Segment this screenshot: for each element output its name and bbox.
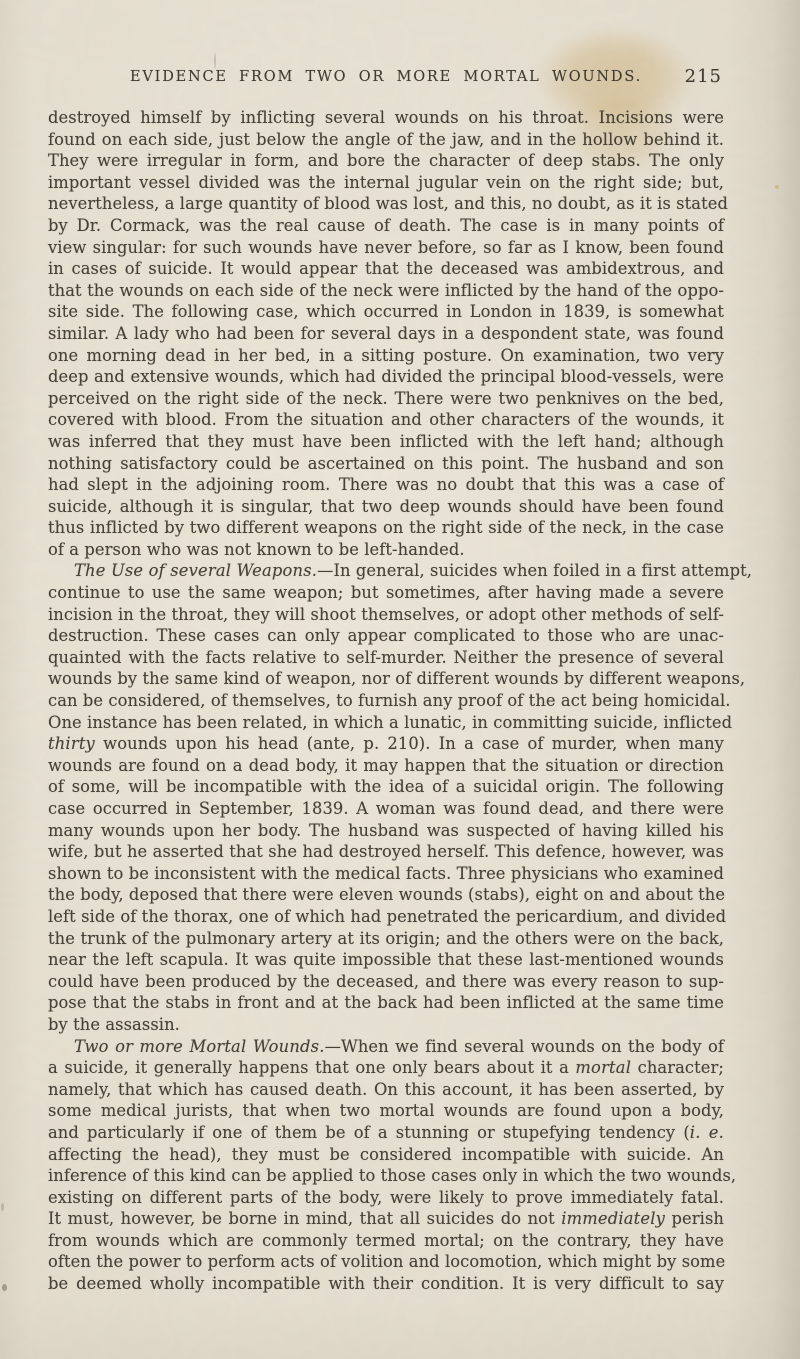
text-line: some medical jurists, that when two mort… [48,1100,724,1122]
text-line: destroyed himself by inflicting several … [48,107,724,129]
text-line: found on each side, just below the angle… [48,129,724,151]
text-line: many wounds upon her body. The husband w… [48,820,724,842]
text-line: similar. A lady who had been for several… [48,323,724,345]
text-line: covered with blood. From the situation a… [48,409,724,431]
text-line: by the assassin. [48,1014,724,1036]
text-line: that the wounds on each side of the neck… [48,280,724,302]
text-line: destruction. These cases can only appear… [48,625,724,647]
text-line: had slept in the adjoining room. There w… [48,474,724,496]
page-body: destroyed himself by inflicting several … [48,107,724,1295]
text-line: suicide, although it is singular, that t… [48,496,724,518]
text-line: wounds are found on a dead body, it may … [48,755,724,777]
text-line: wounds by the same kind of weapon, nor o… [48,668,724,690]
paragraph: destroyed himself by inflicting several … [48,107,724,560]
text-line: of a person who was not known to be left… [48,539,724,561]
text-line: Two or more Mortal Wounds.—When we find … [48,1036,724,1058]
text-line: case occurred in September, 1839. A woma… [48,798,724,820]
text-line: and particularly if one of them be of a … [48,1122,724,1144]
text-line: It must, however, be borne in mind, that… [48,1208,724,1230]
text-line: shown to be inconsistent with the medica… [48,863,724,885]
text-line: One instance has been related, in which … [48,712,724,734]
paper-speck [2,1284,7,1291]
text-line: inference of this kind can be applied to… [48,1165,724,1187]
text-line: deep and extensive wounds, which had div… [48,366,724,388]
text-line: view singular: for such wounds have neve… [48,237,724,259]
text-line: was inferred that they must have been in… [48,431,724,453]
text-line: existing on different parts of the body,… [48,1187,724,1209]
text-line: from wounds which are commonly termed mo… [48,1230,724,1252]
text-line: by Dr. Cormack, was the real cause of de… [48,215,724,237]
text-line: the trunk of the pulmonary artery at its… [48,928,724,950]
text-line: thus inflicted by two different weapons … [48,517,724,539]
text-line: continue to use the same weapon; but som… [48,582,724,604]
text-line: site side. The following case, which occ… [48,301,724,323]
text-line: pose that the stabs in front and at the … [48,992,724,1014]
text-line: incision in the throat, they will shoot … [48,604,724,626]
text-line: important vessel divided was the interna… [48,172,724,194]
text-line: one morning dead in her bed, in a sittin… [48,345,724,367]
text-line: near the left scapula. It was quite impo… [48,949,724,971]
text-line: nothing satisfactory could be ascertaine… [48,453,724,475]
paragraph: The Use of several Weapons.—In general, … [48,560,724,1035]
text-line: thirty wounds upon his head (ante, p. 21… [48,733,724,755]
text-line: quainted with the facts relative to self… [48,647,724,669]
paper-speck [775,185,779,189]
text-line: The Use of several Weapons.—In general, … [48,560,724,582]
text-line: of some, will be incompatible with the i… [48,776,724,798]
running-head: EVIDENCE FROM TWO OR MORE MORTAL WOUNDS.… [48,66,724,90]
text-line: the body, deposed that there were eleven… [48,884,724,906]
book-page: EVIDENCE FROM TWO OR MORE MORTAL WOUNDS.… [0,0,800,1359]
text-line: left side of the thorax, one of which ha… [48,906,724,928]
text-line: can be considered, of themselves, to fur… [48,690,724,712]
text-line: namely, that which has caused death. On … [48,1079,724,1101]
text-line: perceived on the right side of the neck.… [48,388,724,410]
paper-speck [1,1203,4,1211]
text-line: in cases of suicide. It would appear tha… [48,258,724,280]
running-head-title: EVIDENCE FROM TWO OR MORE MORTAL WOUNDS. [48,66,724,85]
page-number: 215 [685,66,722,87]
text-line: nevertheless, a large quantity of blood … [48,193,724,215]
text-line: wife, but he asserted that she had destr… [48,841,724,863]
paragraph: Two or more Mortal Wounds.—When we find … [48,1036,724,1295]
text-line: often the power to perform acts of volit… [48,1251,724,1273]
text-line: affecting the head), they must be consid… [48,1144,724,1166]
text-line: be deemed wholly incompatible with their… [48,1273,724,1295]
text-line: They were irregular in form, and bore th… [48,150,724,172]
text-line: could have been produced by the deceased… [48,971,724,993]
text-line: a suicide, it generally happens that one… [48,1057,724,1079]
